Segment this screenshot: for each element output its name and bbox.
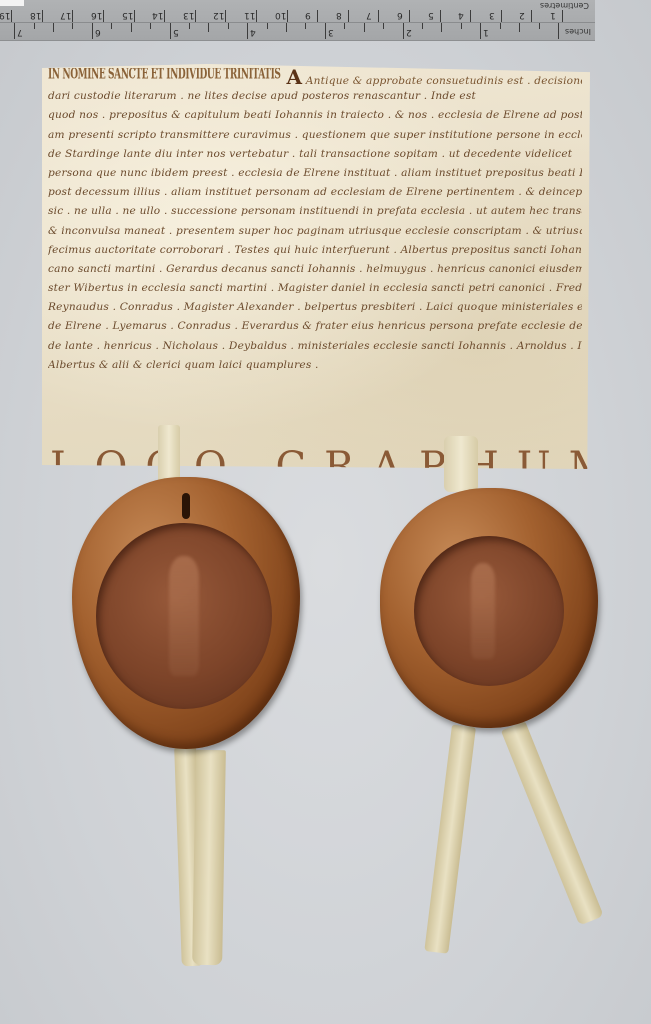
cm-tick-label: 15 [122,10,133,20]
inch-tick [228,23,229,29]
charter-line-5: de Stardinge lante diu inter nos verteba… [48,145,582,164]
cm-tick-label: 12 [213,10,224,20]
inch-tick [422,23,423,29]
cm-tick-label: 18 [30,10,41,20]
inch-tick [539,23,540,29]
wax-seal-right [380,488,598,728]
cm-tick [72,10,73,22]
cm-tick [42,10,43,22]
inch-tick [364,23,365,32]
centimetres-label: Centimetres [540,1,589,10]
inch-tick [267,23,268,29]
inch-tick [403,23,404,39]
cm-tick-label: 16 [91,10,102,20]
chirograph-cut-letters: LOCO CRAPHUML [42,441,590,475]
cm-tick [256,10,257,22]
cm-tick [470,10,471,22]
parchment-charter: IN NOMINE SANCTE ET INDIVIDUE TRINITATIS… [42,64,590,469]
charter-line-13: Reynaudus . Conradus . Magister Alexande… [48,298,582,317]
inch-tick [558,23,559,39]
cm-tick [103,10,104,22]
inch-tick [519,23,520,32]
seal-slot [182,493,190,519]
seal-tag-right [444,436,478,492]
centimetre-scale: 12345678910111213141516171819 [0,0,595,22]
inch-tick [14,23,15,39]
inch-tick-label: 4 [250,27,256,37]
cm-tick-label: 3 [489,10,495,20]
standing-figure-icon [169,556,199,675]
charter-line-1: IN NOMINE SANCTE ET INDIVIDUE TRINITATIS… [48,68,582,87]
inch-tick [383,23,384,29]
charter-line-7: post decessum illius . aliam instituet p… [48,183,582,202]
cm-tick-label: 17 [60,10,71,20]
charter-text: IN NOMINE SANCTE ET INDIVIDUE TRINITATIS… [48,68,582,375]
cm-tick-label: 9 [305,10,311,20]
cm-tick [440,10,441,22]
cm-tick [134,10,135,22]
charter-line-11: cano sancti martini . Gerardus decanus s… [48,260,582,279]
seal-strip-right-b [501,721,604,925]
charter-line-text: Antique & approbate consuetudinis est . … [306,75,582,87]
inches-label: Inches [565,27,591,36]
measurement-ruler: 12345678910111213141516171819 1234567 Ce… [0,0,595,41]
inch-tick [208,23,209,32]
inch-tick [286,23,287,32]
inch-tick [92,23,93,39]
inch-tick [72,23,73,29]
cm-tick [287,10,288,22]
charter-line-2: dari custodie literarum . ne lites decis… [48,87,582,106]
seal-impression-left [96,523,272,709]
seal-impression-right [414,536,564,686]
seal-strip-left-b [192,750,226,965]
cm-tick-label: 7 [366,10,372,20]
charter-line-15: de lante . henricus . Nicholaus . Deybal… [48,337,582,356]
inch-tick [34,23,35,29]
inch-tick [189,23,190,29]
cm-tick [501,10,502,22]
cm-tick-label: 14 [152,10,163,20]
charter-line-12: ster Wibertus in ecclesia sancti martini… [48,279,582,298]
inch-tick [150,23,151,29]
inch-tick-label: 7 [17,27,23,37]
cm-tick [348,10,349,22]
inch-tick-label: 1 [483,27,489,37]
inch-tick [325,23,326,39]
inch-tick [53,23,54,32]
cm-tick-label: 4 [458,10,464,20]
wax-seal-left [72,477,300,749]
cm-tick [164,10,165,22]
cm-tick [531,10,532,22]
charter-line-4: am presenti scripto transmittere curavim… [48,126,582,145]
cm-tick-label: 13 [183,10,194,20]
cm-tick [225,10,226,22]
charter-line-8: sic . ne ulla . ne ullo . successione pe… [48,202,582,221]
cm-tick-label: 5 [428,10,434,20]
cm-tick-label: 6 [397,10,403,20]
charter-line-14: de Elrene . Lyemarus . Conradus . Everar… [48,317,582,336]
cm-tick-label: 10 [275,10,286,20]
inch-tick [500,23,501,29]
cm-tick [409,10,410,22]
charter-line-16: Albertus & alii & clerici quam laici qua… [48,356,582,375]
inch-scale: 1234567 [0,22,595,41]
charter-line-3: quod nos . prepositus & capitulum beati … [48,106,582,125]
charter-line-9: & inconvulsa maneat . presentem super ho… [48,222,582,241]
seal-strip-right-a [424,725,476,954]
cm-tick-label: 1 [550,10,556,20]
inch-tick [461,23,462,29]
cm-tick [317,10,318,22]
cm-tick-label: 8 [336,10,342,20]
cm-tick [378,10,379,22]
decorated-initial: A [287,68,303,87]
inch-tick [247,23,248,39]
inch-tick [170,23,171,39]
charter-line-6: persona que nunc ibidem preest . ecclesi… [48,164,582,183]
cm-tick [562,10,563,22]
standing-figure-icon [471,563,495,659]
inch-tick [344,23,345,29]
inch-tick [441,23,442,32]
cm-tick-label: 2 [519,10,525,20]
elongated-letters: IN NOMINE SANCTE ET INDIVIDUE TRINITATIS [48,68,281,87]
inch-tick [131,23,132,32]
inch-tick-label: 6 [95,27,101,37]
inch-tick [111,23,112,29]
inch-tick-label: 5 [173,27,179,37]
inch-tick [305,23,306,29]
charter-line-10: fecimus auctoritate corroborari . Testes… [48,241,582,260]
cm-tick-label: 19 [0,10,11,20]
cm-tick-label: 11 [244,10,255,20]
inch-tick-label: 3 [328,27,334,37]
inch-tick [480,23,481,39]
cm-tick [195,10,196,22]
inch-tick-label: 2 [406,27,412,37]
cm-tick [11,10,12,22]
